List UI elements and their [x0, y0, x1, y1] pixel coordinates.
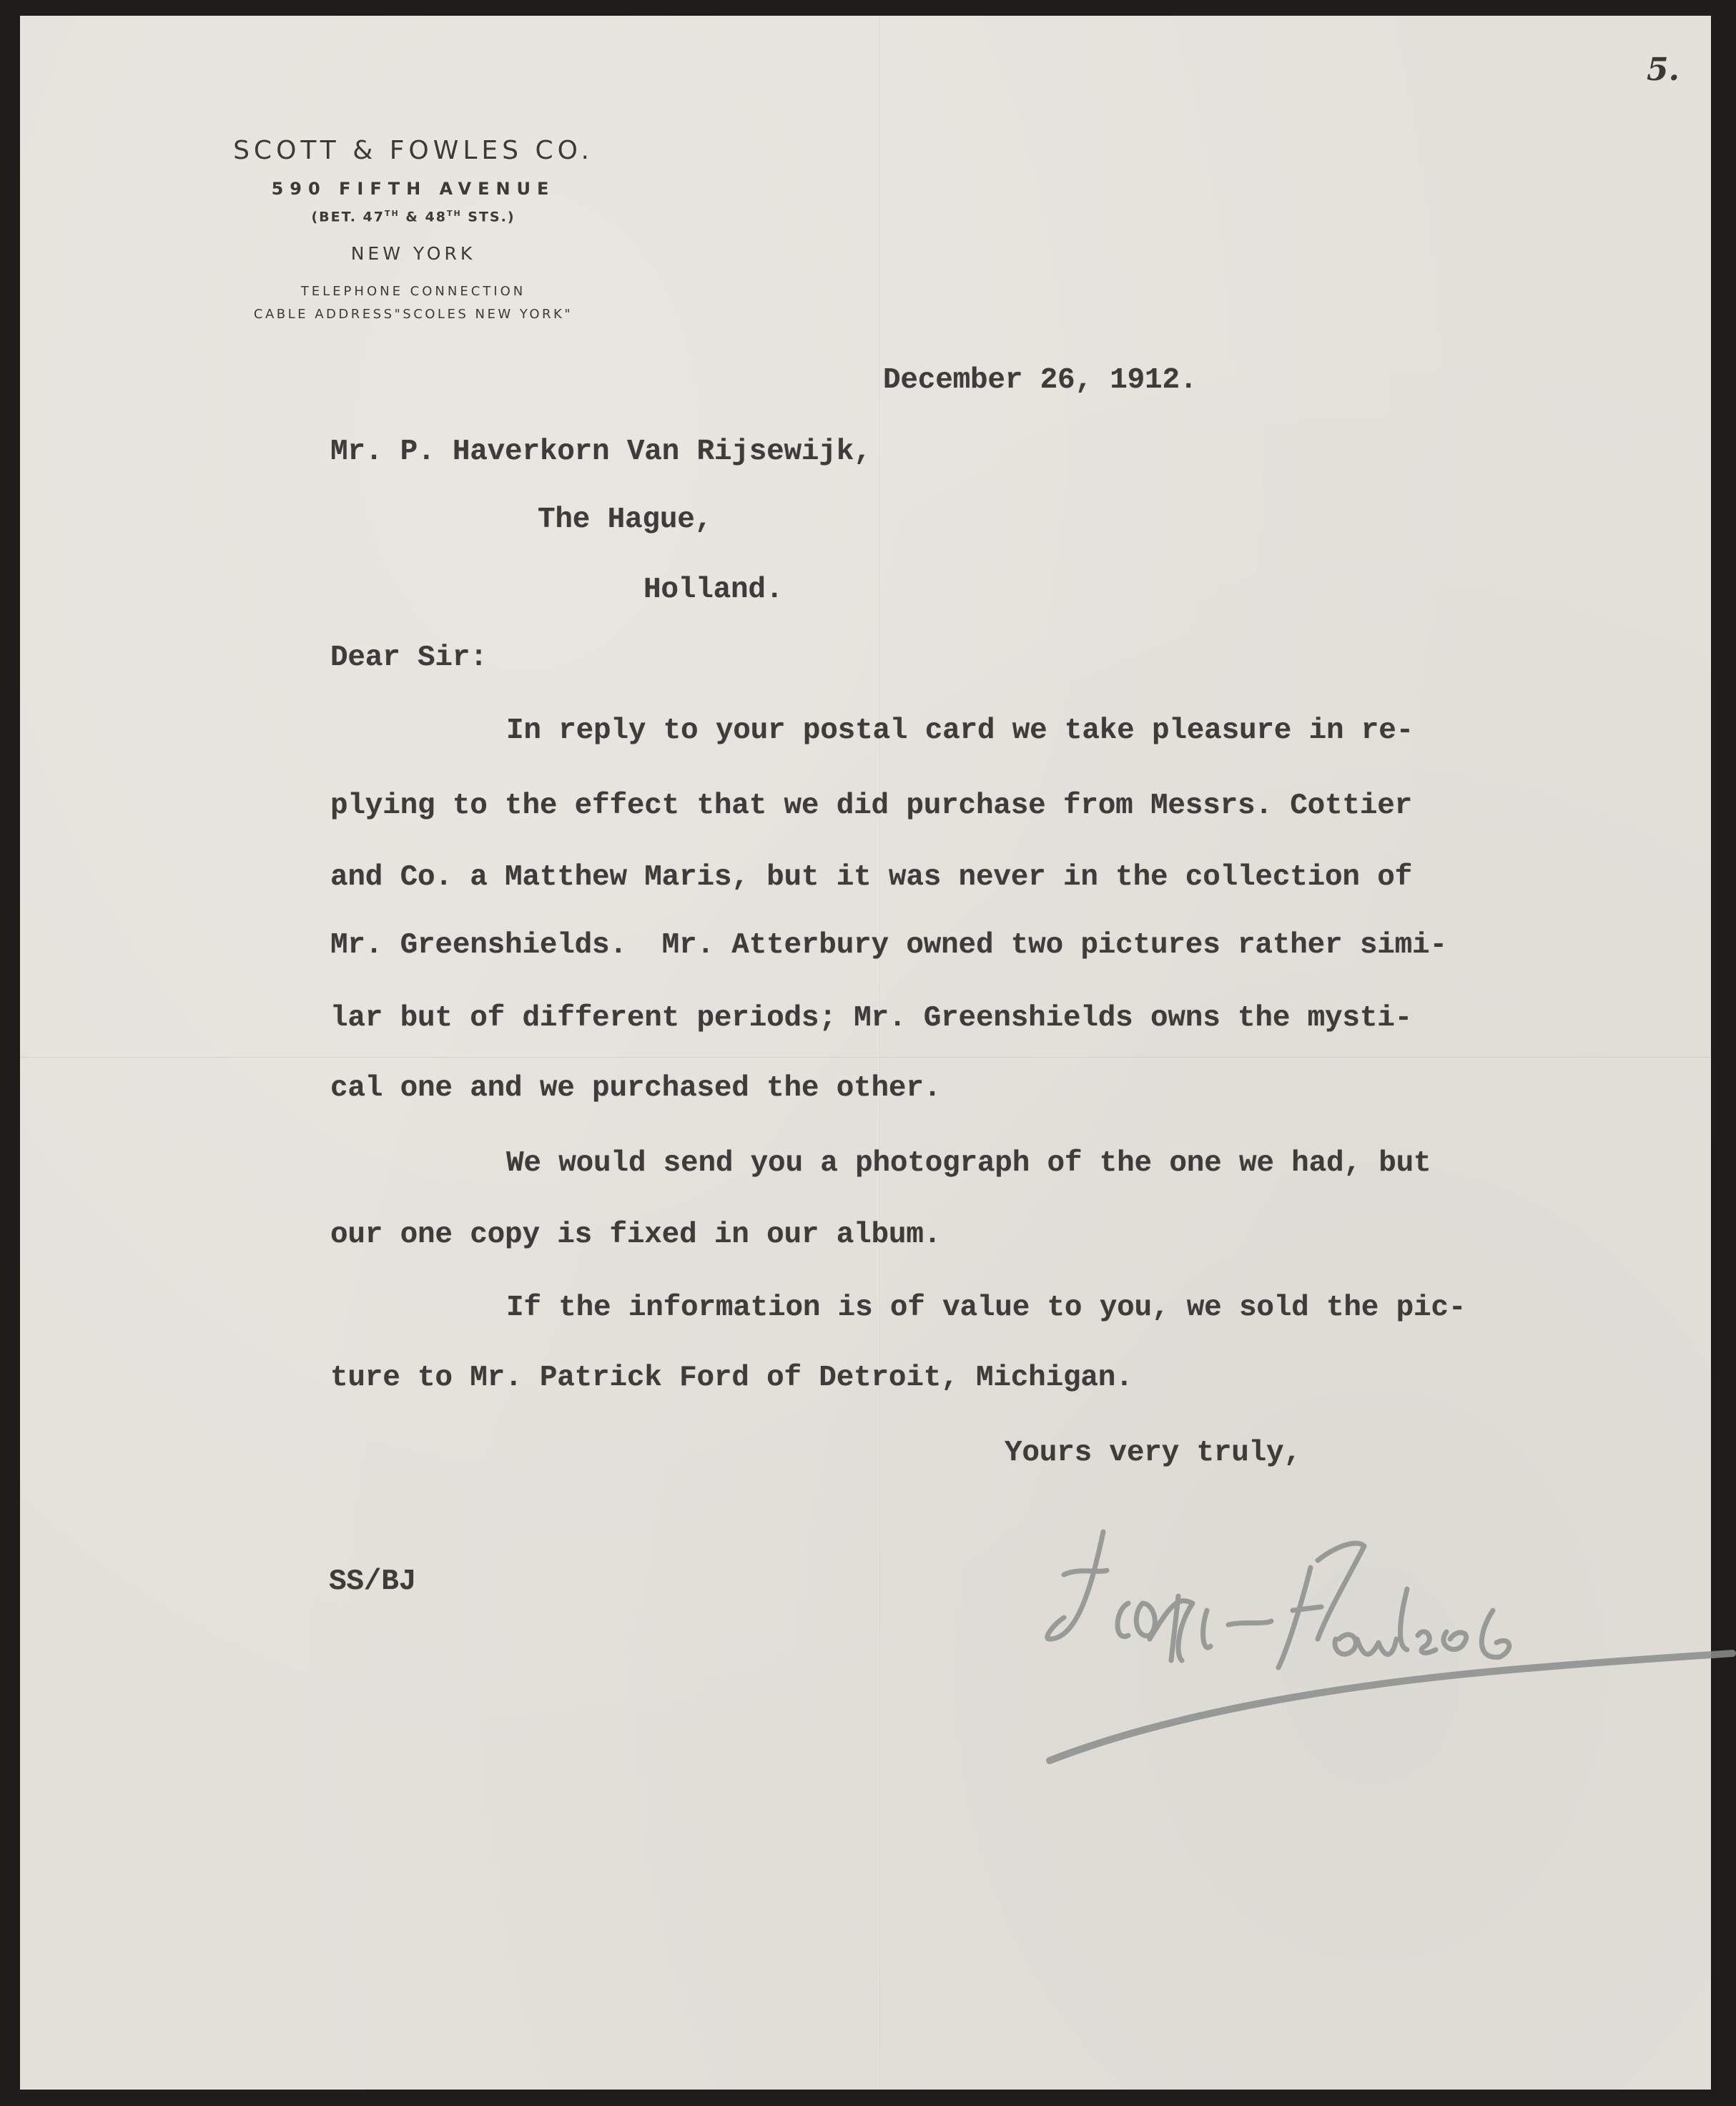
cross-streets-prefix: (BET. 47	[311, 209, 385, 225]
body-line: plying to the effect that we did purchas…	[330, 789, 1412, 822]
body-line: lar but of different periods; Mr. Greens…	[330, 1002, 1412, 1035]
reference-initials: SS/BJ	[329, 1565, 416, 1598]
body-line: our one copy is fixed in our album.	[330, 1219, 941, 1251]
ordinal-suffix: TH	[447, 209, 462, 218]
cross-streets-mid: & 48	[400, 209, 447, 225]
body-line: ture to Mr. Patrick Ford of Detroit, Mic…	[330, 1362, 1133, 1394]
salutation: Dear Sir:	[330, 641, 488, 674]
vertical-fold-crease	[878, 16, 879, 2090]
body-line: and Co. a Matthew Maris, but it was neve…	[330, 861, 1412, 894]
body-line: In reply to your postal card we take ple…	[506, 714, 1414, 747]
recipient-name: Mr. P. Haverkorn Van Rijsewijk,	[330, 436, 872, 468]
letterhead-company-name: SCOTT & FOWLES CO.	[20, 136, 807, 165]
body-line: We would send you a photograph of the on…	[506, 1147, 1431, 1180]
recipient-city: The Hague,	[538, 503, 712, 536]
body-line: Mr. Greenshields. Mr. Atterbury owned tw…	[330, 929, 1447, 962]
body-line: If the information is of value to you, w…	[506, 1291, 1466, 1324]
letter-date: December 26, 1912.	[883, 364, 1197, 397]
handwritten-signature	[1035, 1496, 1736, 1768]
letterhead-address: 590 FIFTH AVENUE	[20, 179, 807, 199]
body-line: cal one and we purchased the other.	[330, 1072, 941, 1105]
cross-streets-suffix: STS.)	[462, 209, 516, 225]
letterhead-cross-streets: (BET. 47TH & 48TH STS.)	[20, 209, 807, 225]
closing: Yours very truly,	[1005, 1437, 1301, 1470]
letter-page: 5. SCOTT & FOWLES CO. 590 FIFTH AVENUE (…	[20, 16, 1711, 2090]
letterhead-telephone: TELEPHONE CONNECTION	[20, 284, 807, 299]
ordinal-suffix: TH	[385, 209, 400, 218]
page-number: 5.	[1647, 51, 1680, 88]
recipient-country: Holland.	[643, 574, 783, 606]
horizontal-fold-crease	[20, 1057, 1711, 1058]
letterhead-city: NEW YORK	[20, 243, 807, 264]
letterhead-cable-address: CABLE ADDRESS"SCOLES NEW YORK"	[20, 307, 807, 322]
